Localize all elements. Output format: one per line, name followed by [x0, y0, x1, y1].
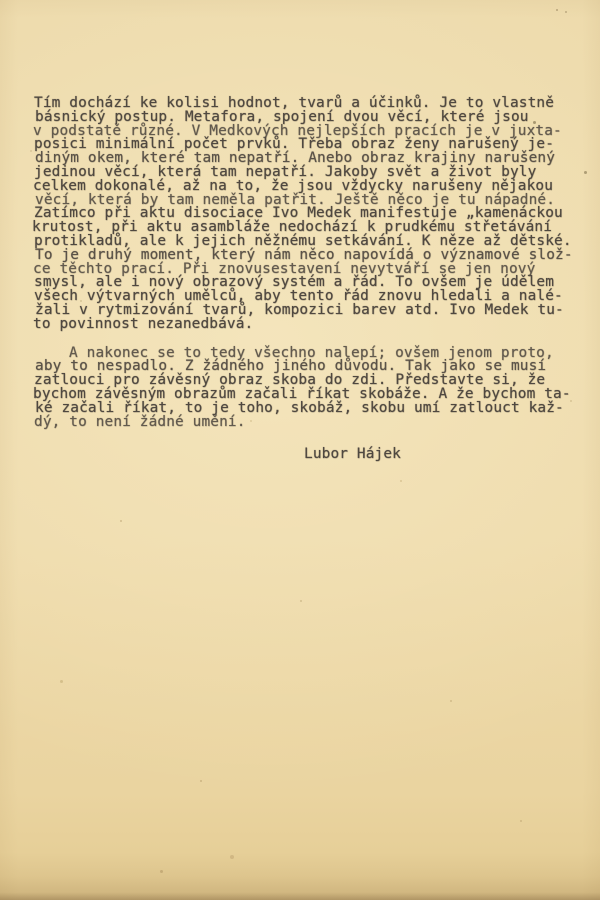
paper-speck — [450, 700, 452, 702]
paper-speck — [160, 870, 163, 873]
paper-speck — [200, 780, 202, 782]
paper-speck — [60, 680, 63, 683]
paper-speck — [556, 9, 558, 11]
signature: Lubor Hájek — [304, 446, 401, 462]
paper-speck — [230, 855, 234, 859]
page-bottom-shadow — [0, 852, 600, 900]
paper-speck — [300, 600, 302, 602]
paragraph: A nakonec se to tedy všechno nalepí; ovš… — [34, 347, 584, 430]
paper-speck — [30, 150, 32, 152]
text-line: dý, to není žádné umění. — [34, 416, 584, 430]
text-line: to povinnost nezanedbává. — [33, 318, 583, 332]
paper-speck — [400, 480, 402, 482]
paper-speck — [120, 520, 122, 522]
paper-speck — [520, 820, 522, 822]
paragraph: Tím dochází ke kolisi hodnot, tvarů a úč… — [34, 97, 584, 332]
paper-speck — [584, 171, 587, 174]
paper-speck — [565, 11, 567, 13]
paper-page: Tím dochází ke kolisi hodnot, tvarů a úč… — [0, 0, 600, 900]
typewritten-text: Tím dochází ke kolisi hodnot, tvarů a úč… — [34, 97, 584, 429]
